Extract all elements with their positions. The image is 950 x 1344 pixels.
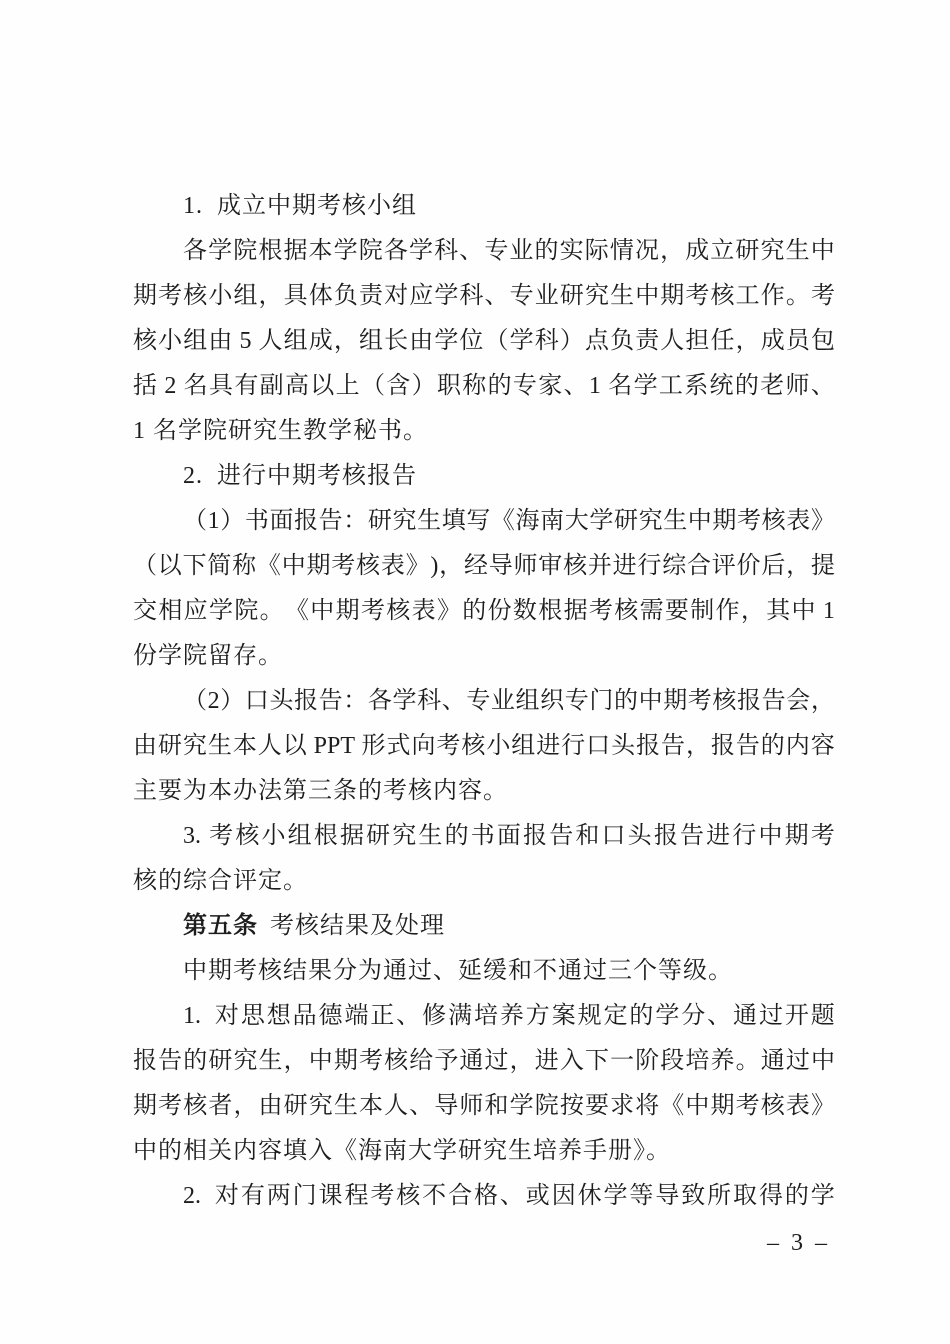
text-token: 和 xyxy=(485,1084,509,1129)
text-token: 核 xyxy=(384,1039,408,1084)
text-token: 满 xyxy=(448,994,472,1039)
text-line: 报告的研究生，中期考核给予通过，进入下一阶段培养。通过中 xyxy=(133,1039,835,1084)
text-token: 中 xyxy=(688,499,712,544)
text-token: 由 xyxy=(208,319,232,364)
text-token: 核 xyxy=(762,499,786,544)
page-number: – 3 – xyxy=(767,1230,830,1257)
text-token: 表 xyxy=(786,1084,810,1129)
text-token: 3. xyxy=(183,814,207,859)
text-token: 体 xyxy=(309,274,333,319)
text-token: 根 xyxy=(314,814,338,859)
text-token: 1 xyxy=(817,589,835,634)
text-token: 核 xyxy=(461,724,485,769)
text-token: 、 xyxy=(409,1084,433,1129)
text-token: 组 xyxy=(516,679,540,724)
text-token: 任 xyxy=(711,319,735,364)
text-token: 格 xyxy=(474,1174,498,1219)
text-token: 核 xyxy=(133,319,157,364)
text-token: 门 xyxy=(589,679,613,724)
text-token: 。 xyxy=(786,274,810,319)
text-line: 由研究生本人以 PPT 形式向考核小组进行口头报告，报告的内容 xyxy=(133,724,835,769)
text-token: 中 xyxy=(792,589,816,634)
text-token: 业 xyxy=(535,274,559,319)
text-token: 过 xyxy=(786,1039,810,1084)
text-token: 数 xyxy=(513,589,537,634)
text-token: 组 xyxy=(288,814,312,859)
text-token: 根 xyxy=(258,229,282,274)
text-token: 考 xyxy=(736,1084,760,1129)
text-token: 告 xyxy=(762,679,786,724)
text-token: 报 xyxy=(636,724,660,769)
text-token: 报 xyxy=(294,679,318,724)
text-token: 生 xyxy=(663,499,687,544)
text-line: 3. 考核小组根据研究生的书面报告和口头报告进行中期考 xyxy=(133,814,835,859)
text-line: 第五条考核结果及处理 xyxy=(133,904,835,949)
text-token: 导 xyxy=(489,544,513,589)
text-token: 、 xyxy=(442,679,466,724)
text-token: 考 xyxy=(688,679,712,724)
text-token: 要 xyxy=(585,1084,609,1129)
text-token: 、 xyxy=(459,229,483,274)
text-token: 员 xyxy=(786,319,810,364)
text-token: 学 xyxy=(209,589,233,634)
text-token: 进 xyxy=(613,544,637,589)
text-token: 和 xyxy=(575,814,599,859)
text-token: ： xyxy=(343,679,367,724)
text-token: 并 xyxy=(588,544,612,589)
text-token: ， xyxy=(439,544,463,589)
text-token: 养 xyxy=(711,1039,735,1084)
text-token: 南 xyxy=(540,499,564,544)
text-token: 表 xyxy=(381,544,405,589)
text-token: 份 xyxy=(488,589,512,634)
text-token: 5 xyxy=(233,319,257,364)
text-line: 中的相关内容填入《海南大学研究生培养手册》。 xyxy=(133,1129,835,1174)
text-token: 期 xyxy=(785,814,809,859)
text-token: 告 xyxy=(319,499,343,544)
text-token: 想 xyxy=(267,994,291,1039)
text-token: 考 xyxy=(359,1039,383,1084)
text-token: （ xyxy=(133,544,157,589)
text-token: 称 xyxy=(232,544,256,589)
text-token: 价 xyxy=(737,544,761,589)
text-token: 正 xyxy=(370,994,394,1039)
text-token: 2 xyxy=(158,364,182,409)
text-token: 进 xyxy=(706,814,730,859)
text-token: 核 xyxy=(183,1084,207,1129)
text-token: 院 xyxy=(234,589,258,634)
text-token: 科 xyxy=(535,319,559,364)
text-token: 中 xyxy=(310,589,334,634)
text-token: 期 xyxy=(133,1084,157,1129)
text-line: （以下简称《中期考核表》)，经导师审核并进行综合评价后，提 xyxy=(133,544,835,589)
text-token: 或 xyxy=(526,1174,550,1219)
text-token: 、 xyxy=(500,1174,524,1219)
text-token: 行 xyxy=(561,724,585,769)
text-token: 学 xyxy=(510,1084,534,1129)
text-token: ， xyxy=(686,724,710,769)
text-token: 由 xyxy=(259,1084,283,1129)
document-body: 1. 成立中期考核小组各学院根据本学院各学科、专业的实际情况，成立研究生中期考核… xyxy=(133,184,835,1219)
text-token: 、 xyxy=(564,364,588,409)
text-token: 报 xyxy=(737,679,761,724)
text-token: 、 xyxy=(396,994,420,1039)
text-token: 以 xyxy=(158,544,182,589)
text-token: 具 xyxy=(284,274,308,319)
text-token: 口 xyxy=(586,724,610,769)
text-token: 学 xyxy=(434,274,458,319)
text-token: 的 xyxy=(488,364,512,409)
text-token: 生 xyxy=(786,229,810,274)
text-token: 培 xyxy=(685,1039,709,1084)
text-token: 告 xyxy=(549,814,573,859)
text-token: 包 xyxy=(811,319,835,364)
text-token: 研 xyxy=(158,724,182,769)
text-token: 面 xyxy=(497,814,521,859)
text-token: 对 xyxy=(384,274,408,319)
text-token: 通 xyxy=(761,1039,785,1084)
text-token: 生 xyxy=(334,1084,358,1129)
text-token: ， xyxy=(660,229,684,274)
text-line: 份学院留存。 xyxy=(133,634,835,679)
text-token: 学 xyxy=(392,679,416,724)
text-token: ， xyxy=(259,274,283,319)
text-token: 以 xyxy=(283,724,307,769)
text-token: 1. xyxy=(183,994,213,1039)
text-token: 将 xyxy=(635,1084,659,1129)
text-token: 小 xyxy=(261,814,285,859)
text-token: 生 xyxy=(208,724,232,769)
text-token: 面 xyxy=(269,499,293,544)
text-token: 》 xyxy=(406,544,430,589)
text-token: 端 xyxy=(344,994,368,1039)
text-token: 的 xyxy=(761,724,785,769)
text-token: 工 xyxy=(736,274,760,319)
text-token: 据 xyxy=(283,229,307,274)
text-token: ， xyxy=(811,679,835,724)
text-token: 期 xyxy=(712,499,736,544)
text-token: 经 xyxy=(464,544,488,589)
text-token: 考 xyxy=(158,274,182,319)
text-token: 中 xyxy=(635,274,659,319)
text-token: 据 xyxy=(564,589,588,634)
text-token: 思 xyxy=(241,994,265,1039)
text-token: 的 xyxy=(535,229,559,274)
text-token: 实 xyxy=(560,229,584,274)
text-line: 主要为本办法第三条的考核内容。 xyxy=(133,769,835,814)
text-token: 品 xyxy=(293,994,317,1039)
text-token: 2 xyxy=(208,679,220,724)
text-token: 口 xyxy=(245,679,269,724)
text-token: 情 xyxy=(610,229,634,274)
text-token: 况 xyxy=(635,229,659,274)
text-token: 形 xyxy=(362,724,386,769)
text-token: 考 xyxy=(811,274,835,319)
text-token: 1 xyxy=(589,364,607,409)
text-token: 门 xyxy=(293,1174,317,1219)
text-token: 生 xyxy=(418,814,442,859)
text-token: 导 xyxy=(655,1174,679,1219)
text-token: 给 xyxy=(409,1039,433,1084)
text-token: 合 xyxy=(687,544,711,589)
text-token: 告 xyxy=(736,724,760,769)
text-token: ） xyxy=(560,319,584,364)
text-token: 头 xyxy=(628,814,652,859)
text-token: 院 xyxy=(535,1084,559,1129)
text-token: 式 xyxy=(387,724,411,769)
text-token: 名 xyxy=(608,364,632,409)
text-token: 中 xyxy=(758,814,782,859)
text-token: 德 xyxy=(319,994,343,1039)
text-token: 本 xyxy=(233,724,257,769)
text-token: 。 xyxy=(736,1039,760,1084)
text-token: 表 xyxy=(412,589,436,634)
text-token: 研 xyxy=(208,1039,232,1084)
text-token: 组 xyxy=(359,319,383,364)
text-token: 告 xyxy=(319,679,343,724)
text-token: 科 xyxy=(417,679,441,724)
text-token: 休 xyxy=(578,1174,602,1219)
text-token: 研 xyxy=(735,229,759,274)
text-token: PPT xyxy=(308,724,361,769)
text-token: 立 xyxy=(710,229,734,274)
text-line: （1）书面报告：研究生填写《海南大学研究生中期考核表》 xyxy=(133,499,835,544)
text-token: 《 xyxy=(491,499,515,544)
text-token: 其 xyxy=(766,589,790,634)
text-token: 究 xyxy=(392,499,416,544)
text-token: 大 xyxy=(565,499,589,544)
bold-clause-number: 第五条 xyxy=(183,913,258,939)
text-token: 定 xyxy=(604,994,628,1039)
text-token: 期 xyxy=(336,589,360,634)
text-token: 核 xyxy=(711,274,735,319)
text-token: ， xyxy=(736,319,760,364)
text-token: 后 xyxy=(761,544,785,589)
text-token: 各 xyxy=(384,229,408,274)
text-token: 学 xyxy=(208,229,232,274)
text-token: 中 xyxy=(811,229,835,274)
text-token: 作 xyxy=(716,589,740,634)
text-token: 有 xyxy=(234,364,258,409)
text-token: 长 xyxy=(384,319,408,364)
text-token: 的 xyxy=(614,679,638,724)
text-token: ， xyxy=(741,589,765,634)
text-token: 究 xyxy=(309,1084,333,1129)
text-token: 院 xyxy=(233,229,257,274)
text-token: 予 xyxy=(434,1039,458,1084)
text-token: 学 xyxy=(409,229,433,274)
text-token: 学 xyxy=(604,1174,628,1219)
text-token: 要 xyxy=(665,589,689,634)
text-token: 告 xyxy=(158,1039,182,1084)
text-token: 综 xyxy=(662,544,686,589)
text-token: 报 xyxy=(133,1039,157,1084)
text-token: 研 xyxy=(284,1084,308,1129)
text-token: 提 xyxy=(811,544,835,589)
text-line: 各学院根据本学院各学科、专业的实际情况，成立研究生中 xyxy=(133,229,835,274)
text-token: 成 xyxy=(309,319,333,364)
text-token: ， xyxy=(510,1039,534,1084)
text-token: 期 xyxy=(334,1039,358,1084)
text-token: 点 xyxy=(585,319,609,364)
text-token: 下 xyxy=(585,1039,609,1084)
text-token: 成 xyxy=(685,229,709,274)
text-token: 规 xyxy=(578,994,602,1039)
text-token: 人 xyxy=(384,1084,408,1129)
text-line: （2）口头报告：各学科、专业组织专门的中期考核报告会， xyxy=(133,679,835,724)
text-token: 表 xyxy=(786,499,810,544)
text-token: 告 xyxy=(661,724,685,769)
text-token: （ xyxy=(361,364,385,409)
text-token: ， xyxy=(334,319,358,364)
text-token: 研 xyxy=(560,274,584,319)
text-token: 两 xyxy=(267,1174,291,1219)
text-token: 《 xyxy=(257,544,281,589)
text-token: 人 xyxy=(259,319,283,364)
text-token: 学 xyxy=(811,1174,835,1219)
text-token: 的 xyxy=(445,814,469,859)
text-token: 下 xyxy=(183,544,207,589)
text-line: 1. 对思想品德端正、修满培养方案规定的学分、通过开题 xyxy=(133,994,835,1039)
text-token: 行 xyxy=(732,814,756,859)
text-line: 1 名学院研究生教学秘书。 xyxy=(133,409,835,454)
text-token: 统 xyxy=(710,364,734,409)
text-line: 交相应学院。《中期考核表》的份数根据考核需要制作，其中 1 xyxy=(133,589,835,634)
text-token: （ xyxy=(183,679,207,724)
text-token: 括 xyxy=(133,364,157,409)
text-token: 制 xyxy=(690,589,714,634)
text-line: 核的综合评定。 xyxy=(133,859,835,904)
text-token: 核 xyxy=(235,814,259,859)
text-token: 的 xyxy=(629,994,653,1039)
text-token: 取 xyxy=(733,1174,757,1219)
text-token: 位 xyxy=(459,319,483,364)
text-token: 究 xyxy=(585,274,609,319)
text-token: 专 xyxy=(466,679,490,724)
text-token: 按 xyxy=(560,1084,584,1129)
text-token: 核 xyxy=(563,544,587,589)
text-token: 师 xyxy=(459,1084,483,1129)
text-token: 》 xyxy=(811,1084,835,1129)
text-token: 具 xyxy=(209,364,233,409)
text-token: 专 xyxy=(513,364,537,409)
text-token: 小 xyxy=(486,724,510,769)
text-token: 负 xyxy=(610,319,634,364)
text-token: 核 xyxy=(761,1084,785,1129)
text-token: 学 xyxy=(334,229,358,274)
text-token: 致 xyxy=(681,1174,705,1219)
text-token: 的 xyxy=(183,1039,207,1084)
text-token: 期 xyxy=(660,274,684,319)
text-token: 报 xyxy=(523,814,547,859)
text-token: ） xyxy=(412,364,436,409)
text-token: 书 xyxy=(245,499,269,544)
text-token: 作 xyxy=(761,274,785,319)
text-token: 研 xyxy=(366,814,390,859)
text-token: ) xyxy=(430,544,438,589)
text-token: 专 xyxy=(510,274,534,319)
text-token: 的 xyxy=(462,589,486,634)
text-token: 入 xyxy=(560,1039,584,1084)
text-token: 》 xyxy=(437,589,461,634)
text-token: 小 xyxy=(208,274,232,319)
text-token: 过 xyxy=(759,994,783,1039)
text-token: 中 xyxy=(282,544,306,589)
text-token: 考 xyxy=(436,724,460,769)
text-token: 因 xyxy=(552,1174,576,1219)
text-token: 本 xyxy=(309,229,333,274)
text-token: 组 xyxy=(183,319,207,364)
text-token: 考 xyxy=(589,589,613,634)
text-token: 期 xyxy=(711,1084,735,1129)
text-token: 生 xyxy=(610,274,634,319)
text-token: 师 xyxy=(786,364,810,409)
text-token: 的 xyxy=(785,1174,809,1219)
text-token: 合 xyxy=(448,1174,472,1219)
text-token: 学 xyxy=(655,994,679,1039)
text-token: 各 xyxy=(368,679,392,724)
text-token: 考 xyxy=(811,814,835,859)
text-token: 头 xyxy=(269,679,293,724)
text-token: ， xyxy=(284,1039,308,1084)
text-token: 应 xyxy=(184,589,208,634)
document-page: 1. 成立中期考核小组各学院根据本学院各学科、专业的实际情况，成立研究生中期考核… xyxy=(0,0,950,1344)
text-token: 等 xyxy=(629,1174,653,1219)
text-token: 究 xyxy=(761,229,785,274)
text-line: 括 2 名具有副高以上（含）职称的专家、1 名学工系统的老师、 xyxy=(133,364,835,409)
text-line: 核小组由 5 人组成，组长由学位（学科）点负责人担任，成员包 xyxy=(133,319,835,364)
text-token: 以 xyxy=(310,364,334,409)
text-token: 由 xyxy=(409,319,433,364)
text-token: 老 xyxy=(760,364,784,409)
text-token: 称 xyxy=(462,364,486,409)
text-token: 程 xyxy=(344,1174,368,1219)
text-token: 含 xyxy=(386,364,410,409)
text-token: 分 xyxy=(681,994,705,1039)
text-token: 组 xyxy=(284,319,308,364)
text-token: 核 xyxy=(614,589,638,634)
text-token: 》 xyxy=(811,499,835,544)
text-token: 简 xyxy=(207,544,231,589)
text-token: 负 xyxy=(334,274,358,319)
text-token: 书 xyxy=(471,814,495,859)
text-token: 究 xyxy=(183,724,207,769)
text-token: 开 xyxy=(785,994,809,1039)
text-token: 中 xyxy=(639,679,663,724)
text-token: 本 xyxy=(359,1084,383,1129)
text-token: 担 xyxy=(685,319,709,364)
text-token: 课 xyxy=(319,1174,343,1219)
text-token: 业 xyxy=(491,679,515,724)
text-token: 导 xyxy=(434,1084,458,1129)
text-token: 培 xyxy=(474,994,498,1039)
text-token: 海 xyxy=(516,499,540,544)
text-token: 对 xyxy=(215,1174,239,1219)
text-token: 核 xyxy=(712,679,736,724)
text-token: 过 xyxy=(485,1039,509,1084)
text-token: ， xyxy=(786,544,810,589)
text-token: 责 xyxy=(635,319,659,364)
text-token: 写 xyxy=(466,499,490,544)
text-token: 考 xyxy=(361,589,385,634)
text-token: 家 xyxy=(538,364,562,409)
text-token: 据 xyxy=(340,814,364,859)
text-token: 考 xyxy=(331,544,355,589)
text-line: 期考核小组，具体负责对应学科、专业研究生中期考核工作。考 xyxy=(133,274,835,319)
text-token: 期 xyxy=(663,679,687,724)
text-line: 1. 成立中期考核小组 xyxy=(133,184,835,229)
text-token: 考 xyxy=(370,1174,394,1219)
